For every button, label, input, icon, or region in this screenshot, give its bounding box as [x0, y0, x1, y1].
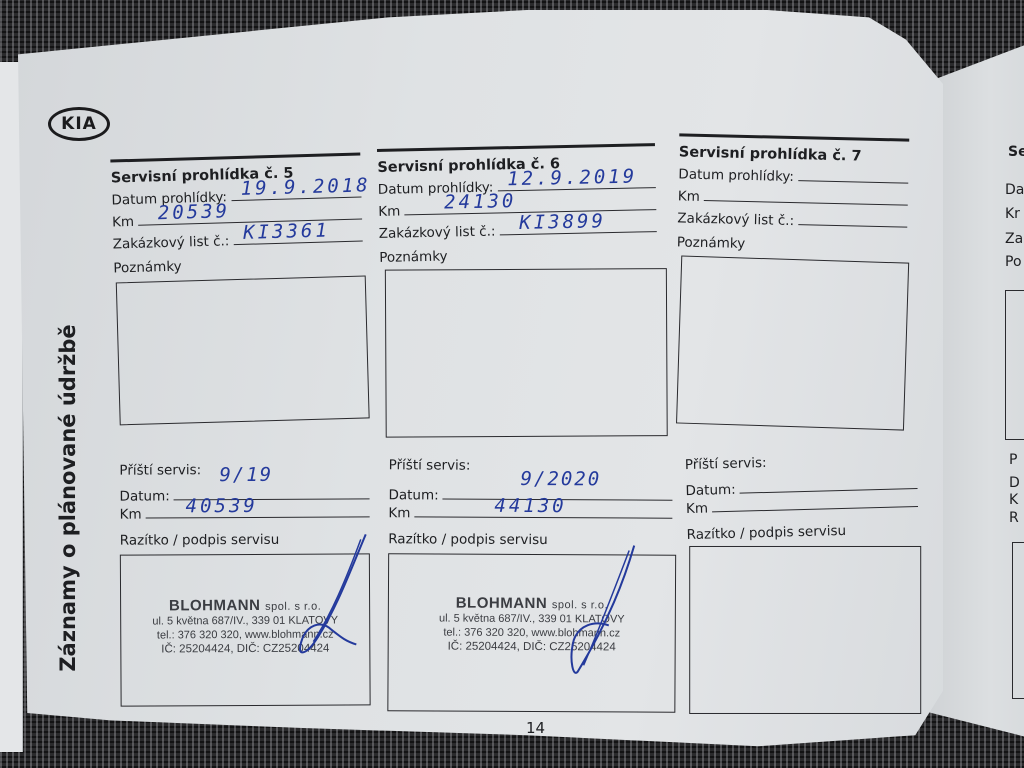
notes-label: Poznámky	[379, 244, 657, 266]
next-km-label: Km	[686, 500, 708, 517]
next-page-fragment: D	[1009, 475, 1020, 491]
order-label: Zakázkový list č.:	[112, 233, 229, 252]
next-km-label: Km	[120, 507, 142, 523]
next-km-field[interactable]: Km 44130	[388, 503, 672, 522]
stamp-label: Razítko / podpis servisu	[686, 521, 918, 543]
stamp-company: BLOHMANN	[456, 595, 548, 612]
next-date-label: Datum:	[119, 488, 169, 504]
page-number: 14	[526, 719, 545, 737]
next-date-label: Datum:	[388, 487, 438, 503]
order-value: KI3899	[519, 210, 606, 234]
stamp-box	[689, 546, 921, 714]
stamp-label: Razítko / podpis servisu	[388, 531, 672, 548]
stamp-label: Razítko / podpis servisu	[120, 531, 370, 548]
order-value: KI3361	[243, 219, 330, 243]
stamp-company-suffix: spol. s r.o.	[265, 601, 321, 613]
stamp-contact: tel.: 376 320 320, www.blohmann.cz	[121, 627, 369, 642]
next-service-5: Příští servis: 9/19 Datum: Km 40539 Razí…	[119, 461, 370, 706]
next-date-label: Datum:	[685, 482, 736, 499]
date-value: 19.9.2018	[240, 174, 371, 200]
stamp-address: ul. 5 května 687/IV., 339 01 KLATOVY	[121, 613, 369, 628]
notes-box[interactable]	[676, 256, 909, 431]
next-page-fragment: R	[1009, 510, 1019, 526]
service-stamp: BLOHMANN spol. s r.o. ul. 5 května 687/I…	[389, 594, 675, 654]
stamp-ids: IČ: 25204424, DIČ: CZ25204424	[389, 639, 675, 654]
next-km-field[interactable]: Km 40539	[120, 503, 370, 522]
next-page-fragment: K	[1009, 492, 1018, 508]
stamp-contact: tel.: 376 320 320, www.blohmann.cz	[389, 625, 675, 640]
notes-label: Poznámky	[677, 234, 907, 255]
notes-box[interactable]	[116, 275, 370, 425]
previous-page-edge	[0, 62, 23, 752]
next-page-notes-box	[1005, 290, 1024, 440]
stamp-company: BLOHMANN	[169, 597, 261, 614]
inspection-6: Servisní prohlídka č. 6 Datum prohlídky:…	[377, 143, 661, 440]
next-km-value: 40539	[186, 495, 258, 517]
inspection-5: Servisní prohlídka č. 5 Datum prohlídky:…	[110, 153, 367, 426]
date-value: 12.9.2019	[507, 166, 637, 191]
stamp-company-suffix: spol. s r.o.	[552, 599, 608, 611]
stamp-ids: IČ: 25204424, DIČ: CZ25204424	[121, 641, 369, 656]
next-page-heading-fragment: Se	[1008, 144, 1024, 160]
km-label: Km	[678, 188, 700, 204]
next-page-fragment: Da	[1005, 182, 1024, 198]
next-page-stamp-box	[1012, 542, 1024, 699]
km-value: 24130	[444, 190, 517, 214]
km-value: 20539	[158, 200, 231, 224]
order-label: Zakázkový list č.:	[379, 223, 496, 241]
order-field[interactable]: Zakázkový list č.:	[677, 204, 907, 231]
stamp-address: ul. 5 května 687/IV., 339 01 KLATOVY	[389, 611, 675, 626]
side-title: Záznamy o plánované údržbě	[56, 324, 80, 671]
service-stamp: BLOHMANN spol. s r.o. ul. 5 května 687/I…	[121, 596, 369, 656]
order-field[interactable]: Zakázkový list č.: KI3899	[378, 214, 656, 242]
next-page-fragment: P	[1009, 452, 1017, 468]
brand-text: KIA	[61, 114, 97, 134]
km-label: Km	[112, 214, 134, 231]
next-km-value: 44130	[494, 495, 566, 517]
stamp-box: BLOHMANN spol. s r.o. ul. 5 května 687/I…	[120, 553, 371, 706]
notes-box[interactable]	[385, 268, 668, 437]
inspection-7: Servisní prohlídka č. 7 Datum prohlídky:…	[673, 133, 910, 429]
next-page-fragment: Po	[1005, 254, 1022, 270]
next-service-7: Příští servis: Datum: Km Razítko / podpi…	[685, 451, 924, 717]
order-label: Zakázkový list č.:	[677, 210, 794, 229]
kia-logo: KIA	[48, 107, 110, 141]
next-page-fragment: Za	[1005, 231, 1023, 247]
next-km-label: Km	[388, 505, 410, 521]
km-label: Km	[378, 203, 400, 219]
notes-label: Poznámky	[113, 254, 363, 277]
stamp-box: BLOHMANN spol. s r.o. ul. 5 května 687/I…	[387, 553, 676, 713]
next-page-fragment: Kr	[1005, 206, 1020, 222]
next-service-6: Příští servis: 9/2020 Datum: Km 44130 Ra…	[387, 457, 672, 712]
